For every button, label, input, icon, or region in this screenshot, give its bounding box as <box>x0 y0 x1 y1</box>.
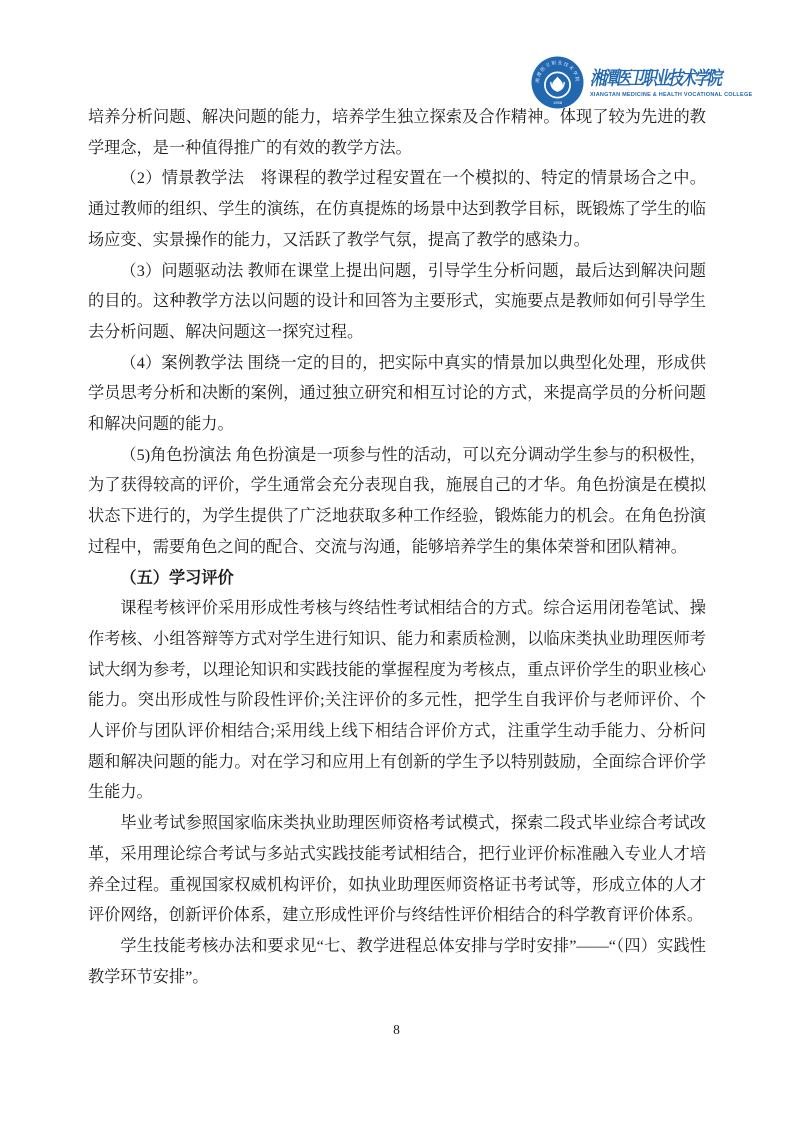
paragraph-method-4: （4）案例教学法 围绕一定的目的，把实际中真实的情景加以典型化处理，形成供学员思… <box>88 348 706 440</box>
paragraph-method-5: （5)角色扮演法 角色扮演是一项参与性的活动，可以充分调动学生参与的积极性，为了… <box>88 440 706 563</box>
document-page: 湘潭医卫职业技术学院 1958 湘潭医卫职业技术学院 XIANGTAN MEDI… <box>0 0 793 1122</box>
paragraph-continuation: 培养分析问题、解决问题的能力，培养学生独立探索及合作精神。体现了较为先进的教学理… <box>88 102 706 163</box>
document-body: 培养分析问题、解决问题的能力，培养学生独立探索及合作精神。体现了较为先进的教学理… <box>88 102 706 992</box>
college-name-zh: 湘潭医卫职业技术学院 <box>590 64 752 90</box>
section-heading-learning-evaluation: （五）学习评价 <box>88 563 706 594</box>
paragraph-method-3: （3）问题驱动法 教师在课堂上提出问题，引导学生分析问题，最后达到解决问题的目的… <box>88 256 706 348</box>
paragraph-graduation-exam: 毕业考试参照国家临床类执业助理医师资格考试模式，探索二段式毕业综合考试改革，采用… <box>88 808 706 931</box>
college-logo-text: 湘潭医卫职业技术学院 XIANGTAN MEDICINE & HEALTH VO… <box>590 67 752 98</box>
paragraph-method-2: （2）情景教学法 将课程的教学过程安置在一个模拟的、特定的情景场合之中。通过教师… <box>88 163 706 255</box>
page-number: 8 <box>0 1022 793 1038</box>
paragraph-course-assessment: 课程考核评价采用形成性考核与终结性考试相结合的方式。综合运用闭卷笔试、操作考核、… <box>88 593 706 808</box>
college-name-en: XIANGTAN MEDICINE & HEALTH VOCATIONAL CO… <box>590 92 752 98</box>
paragraph-skills-assessment-ref: 学生技能考核办法和要求见“七、教学进程总体安排与学时安排”——“（四）实践性教学… <box>88 931 706 992</box>
